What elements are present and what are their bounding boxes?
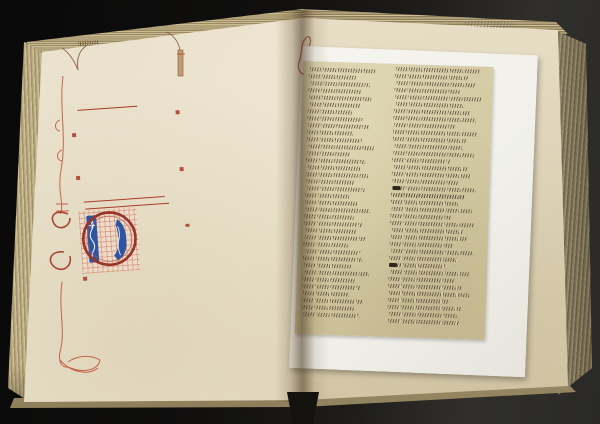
text-line: [393, 186, 475, 192]
text-line: [309, 144, 374, 150]
text-line: [391, 249, 473, 255]
text-line: [390, 221, 474, 227]
text-line: [391, 193, 465, 199]
text-line: [388, 298, 448, 303]
text-line: [303, 291, 349, 296]
column1-upper-text-block: [74, 55, 182, 208]
text-line: [394, 165, 467, 171]
text-line: [310, 67, 375, 73]
text-line: [142, 206, 179, 213]
text-line: [391, 235, 467, 241]
text-line: [307, 130, 353, 135]
text-line: [391, 200, 458, 206]
text-line: [392, 172, 470, 178]
text-line: [302, 284, 360, 289]
text-line: [394, 88, 459, 94]
text-line: [304, 221, 362, 226]
text-line: [307, 151, 349, 156]
text-line: [308, 116, 364, 121]
text-line: [306, 172, 368, 177]
text-line: [146, 241, 182, 248]
text-line: [309, 74, 356, 79]
text-line: [393, 130, 477, 136]
text-line: [144, 235, 173, 242]
text-line: [388, 305, 462, 311]
photo-stage: [0, 0, 600, 424]
text-line: [394, 116, 476, 122]
text-line: [305, 270, 369, 276]
text-line: [303, 312, 359, 317]
text-line: [388, 284, 461, 290]
text-line: [306, 158, 365, 163]
text-line: [394, 151, 474, 157]
column1-lines-beside-initial: [141, 204, 185, 270]
text-line: [392, 228, 463, 234]
text-line: [391, 214, 451, 219]
text-line: [142, 213, 176, 220]
text-line: [144, 250, 166, 256]
text-line: [396, 102, 465, 108]
text-line: [392, 158, 450, 163]
text-line: [308, 88, 361, 93]
text-line: [302, 298, 363, 303]
text-line: [390, 242, 453, 247]
text-line: [303, 256, 362, 261]
modern-white-sheet: [289, 46, 538, 377]
text-line: [306, 207, 370, 213]
text-line: [304, 263, 351, 268]
insert-column-1: [301, 67, 385, 321]
text-line: [396, 67, 480, 73]
text-line: [143, 227, 178, 234]
text-line: [304, 214, 353, 219]
text-line: [393, 179, 458, 185]
text-line: [389, 277, 454, 283]
text-line: [390, 263, 446, 268]
text-line: [311, 81, 370, 86]
text-line: [308, 109, 352, 114]
text-line: [389, 256, 458, 262]
text-line: [393, 137, 467, 143]
text-line: [309, 95, 371, 100]
text-line: [310, 102, 360, 107]
text-line: [307, 137, 362, 142]
text-line: [302, 305, 354, 310]
text-line: [308, 165, 360, 170]
text-line: [394, 109, 470, 115]
text-line: [395, 95, 481, 101]
initial-row: [78, 204, 186, 274]
text-line: [304, 242, 348, 247]
text-line: [144, 221, 168, 227]
text-line: [305, 193, 349, 198]
text-line: [307, 186, 364, 191]
text-line: [391, 270, 469, 276]
text-line: [305, 249, 360, 254]
text-line: [394, 123, 455, 128]
text-line: [389, 312, 456, 318]
text-line: [306, 228, 356, 233]
text-line: [308, 123, 369, 128]
text-line: [395, 74, 468, 80]
left-page-column-1: [74, 55, 191, 333]
inserted-handwritten-leaf: [295, 61, 493, 340]
illuminated-initial-D: [78, 207, 140, 274]
text-line: [305, 235, 366, 240]
text-line: [397, 81, 476, 87]
insert-column-2: [387, 67, 488, 329]
text-line: [395, 144, 464, 150]
column1-lower-text-block: [89, 270, 191, 331]
text-line: [392, 207, 472, 213]
text-line: [145, 256, 176, 263]
text-line: [388, 319, 459, 325]
text-line: [302, 277, 355, 282]
text-line: [305, 200, 358, 205]
text-line: [307, 179, 354, 184]
text-line: [389, 291, 469, 297]
